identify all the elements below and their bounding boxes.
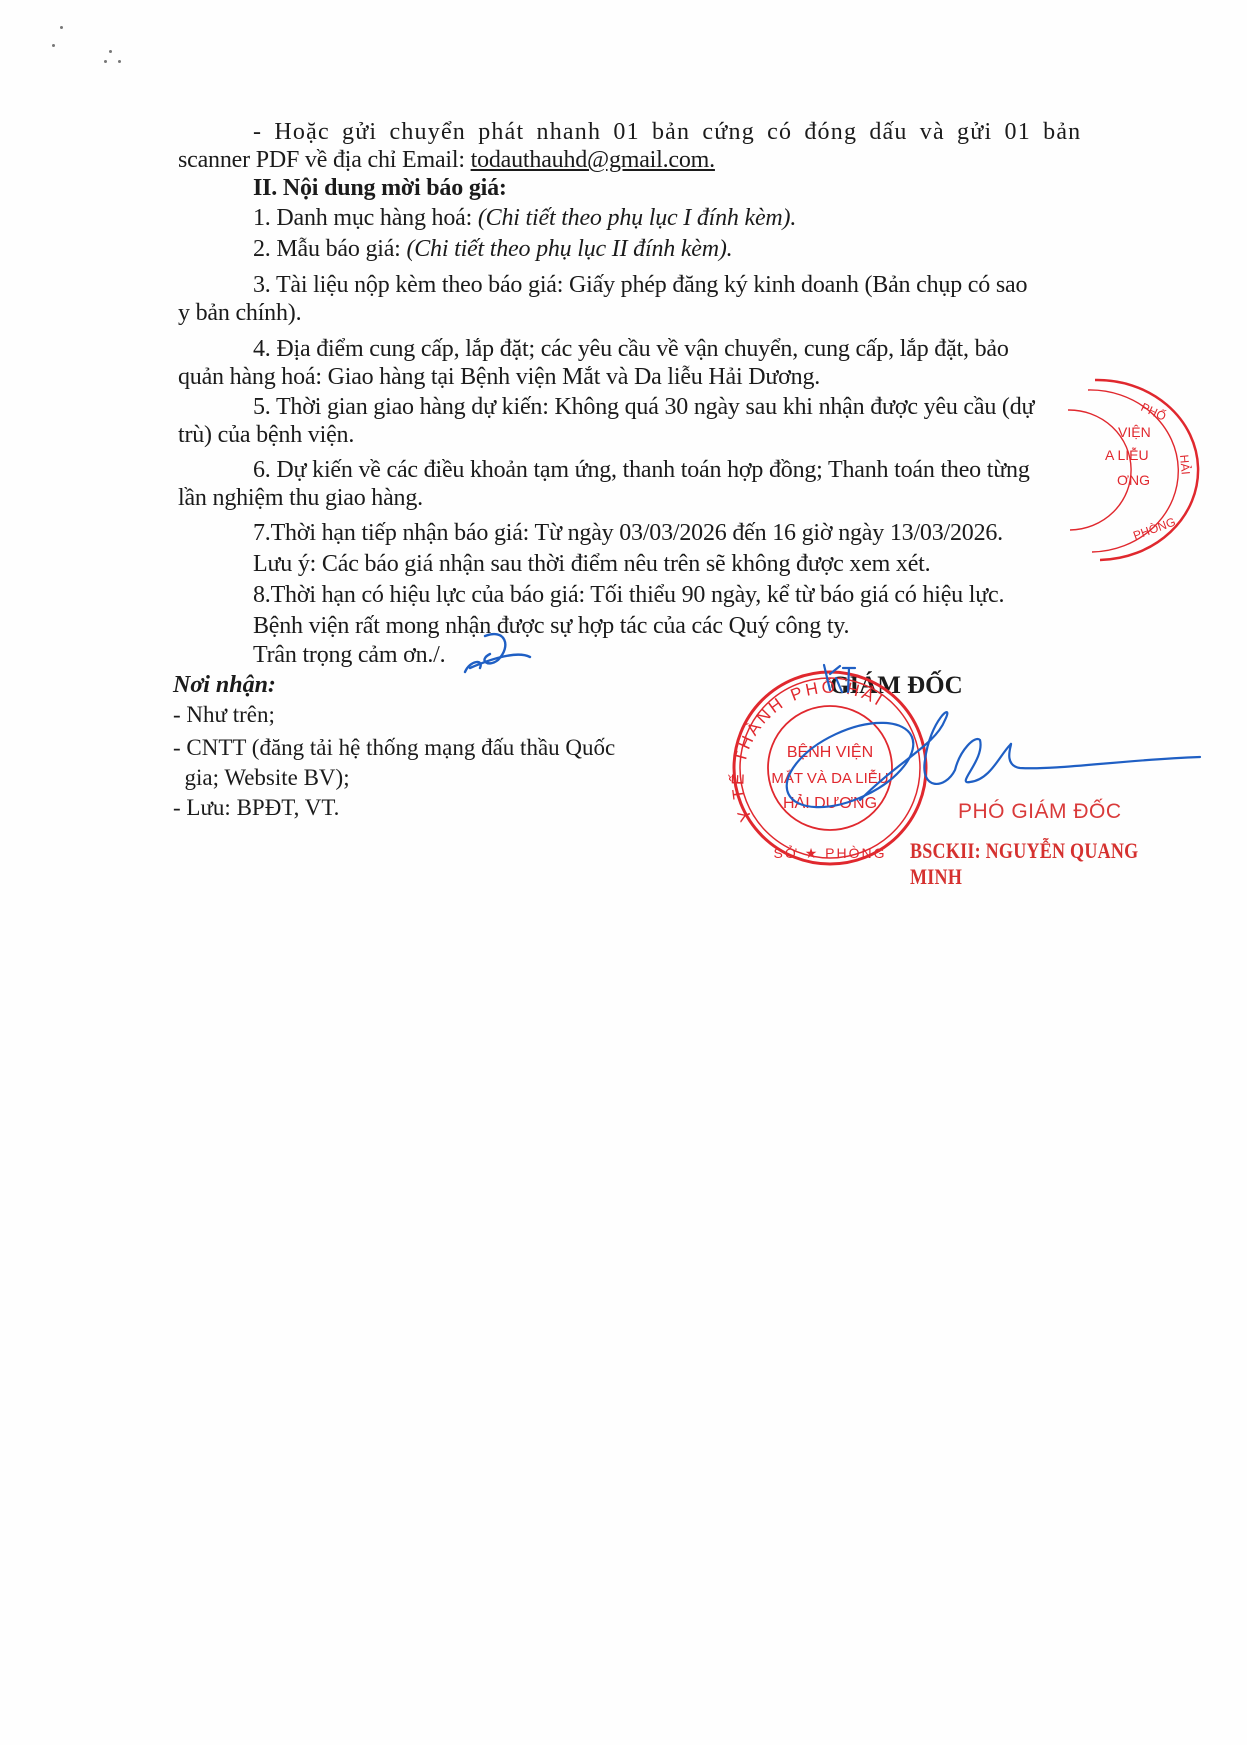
item-8: 8.Thời hạn có hiệu lực của báo giá: Tối … [253,580,1004,610]
closing-line-1: Bệnh viện rất mong nhận được sự hợp tác … [253,611,849,641]
svg-text:A LIỄU: A LIỄU [1105,447,1149,463]
item-1-label: 1. Danh mục hàng hoá: [253,205,478,231]
item-7: 7.Thời hạn tiếp nhận báo giá: Từ ngày 03… [253,518,1003,548]
delivery-text: scanner PDF về địa chỉ Email: [178,147,471,173]
svg-text:ƠNG: ƠNG [1117,472,1150,488]
director-title: GIÁM ĐỐC [830,672,963,700]
item-4-line2: quản hàng hoá: Giao hàng tại Bệnh viện M… [178,362,820,392]
stamp-line-2: MẮT VÀ DA LIỄU [771,769,888,787]
stamp-line-3: HẢI DƯƠNG [783,793,877,812]
closing-line-2: Trân trọng cảm ơn./. [253,640,445,670]
recipient-item: - Lưu: BPĐT, VT. [173,793,339,823]
item-2-label: 2. Mẫu báo giá: [253,236,406,262]
recipient-item: gia; Website BV); [173,763,350,793]
svg-text:VIỆN: VIỆN [1118,424,1151,440]
svg-text:PHỐ: PHỐ [1139,399,1169,424]
stamp-seal [734,672,926,864]
item-4-line1: 4. Địa điểm cung cấp, lắp đặt; các yêu c… [253,334,1009,364]
document-page: - Hoặc gửi chuyển phát nhanh 01 bản cứng… [0,0,1247,1745]
svg-text:SỞ ★ PHÒNG: SỞ ★ PHÒNG [773,844,886,861]
recipient-item: - Như trên; [173,700,275,730]
item-2-detail: (Chi tiết theo phụ lục II đính kèm). [406,236,732,262]
email-link[interactable]: todauthauhd@gmail.com. [471,147,715,173]
recipients-heading: Nơi nhận: [173,670,276,700]
delivery-paragraph-line2: scanner PDF về địa chỉ Email: todauthauh… [178,145,715,175]
svg-text:PHÒNG: PHÒNG [1131,514,1177,543]
partial-stamp [1068,380,1198,560]
note: Lưu ý: Các báo giá nhận sau thời điểm nê… [253,549,930,579]
item-2: 2. Mẫu báo giá: (Chi tiết theo phụ lục I… [253,234,732,264]
item-3-line1: 3. Tài liệu nộp kèm theo báo giá: Giấy p… [253,270,1027,300]
section-heading: II. Nội dung mời báo giá: [253,173,507,203]
item-5-line1: 5. Thời gian giao hàng dự kiến: Không qu… [253,392,1034,422]
svg-text:HẢI: HẢI [1177,454,1194,475]
deputy-director-title: PHÓ GIÁM ĐỐC [958,800,1122,824]
stamp-line-1: BỆNH VIỆN [787,742,873,761]
scan-specks [50,20,130,70]
recipient-item: - CNTT (đăng tải hệ thống mạng đấu thầu … [173,733,615,763]
item-1-detail: (Chi tiết theo phụ lục I đính kèm). [478,205,796,231]
delivery-paragraph-line1: - Hoặc gửi chuyển phát nhanh 01 bản cứng… [253,117,1081,147]
item-1: 1. Danh mục hàng hoá: (Chi tiết theo phụ… [253,203,796,233]
item-3-line2: y bản chính). [178,298,301,328]
item-6-line1: 6. Dự kiến về các điều khoản tạm ứng, th… [253,455,1030,485]
signer-name: BSCKII: NGUYỄN QUANG MINH [910,838,1186,890]
item-5-line2: trù) của bệnh viện. [178,420,354,450]
item-6-line2: lần nghiệm thu giao hàng. [178,483,423,513]
